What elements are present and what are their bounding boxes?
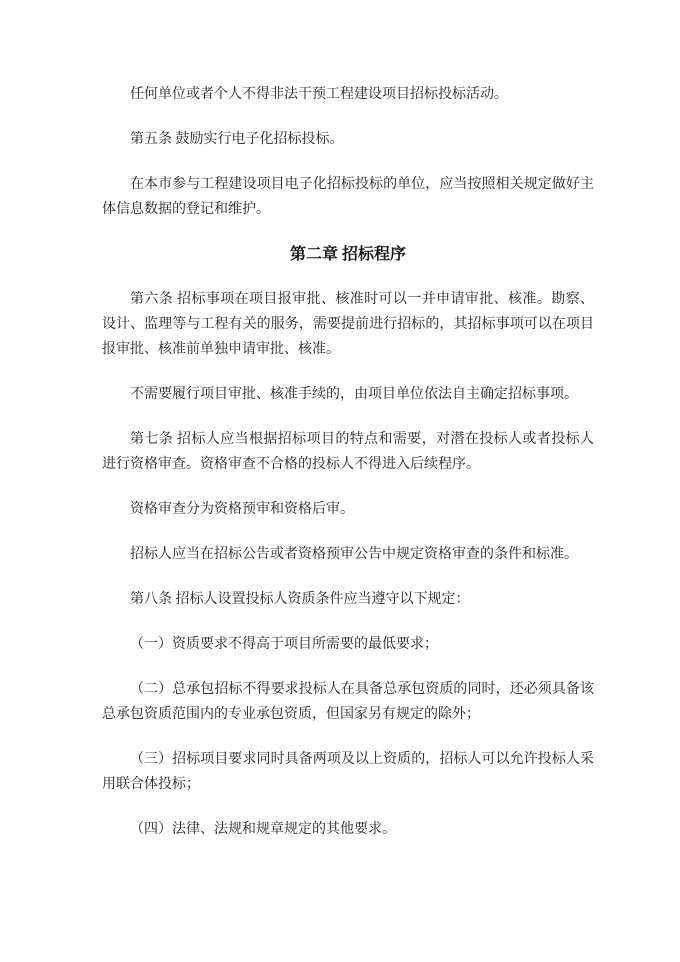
paragraph-no-interference: 任何单位或者个人不得非法干预工程建设项目招标投标活动。 bbox=[102, 82, 594, 107]
list-item-4: （四）法律、法规和规章规定的其他要求。 bbox=[102, 817, 594, 842]
paragraph-article-5-detail: 在本市参与工程建设项目电子化招标投标的单位，应当按照相关规定做好主体信息数据的登… bbox=[102, 172, 594, 222]
document-page: 任何单位或者个人不得非法干预工程建设项目招标投标活动。 第五条 鼓励实行电子化招… bbox=[0, 0, 680, 962]
paragraph-article-7-detail-2: 招标人应当在招标公告或者资格预审公告中规定资格审查的条件和标准。 bbox=[102, 542, 594, 567]
paragraph-article-6-detail: 不需要履行项目审批、核准手续的，由项目单位依法自主确定招标事项。 bbox=[102, 382, 594, 407]
document-body: 任何单位或者个人不得非法干预工程建设项目招标投标活动。 第五条 鼓励实行电子化招… bbox=[102, 82, 594, 842]
paragraph-article-6: 第六条 招标事项在项目报审批、核准时可以一并申请审批、核准。勘察、设计、监理等与… bbox=[102, 287, 594, 362]
list-item-1: （一）资质要求不得高于项目所需要的最低要求； bbox=[102, 632, 594, 657]
paragraph-article-7: 第七条 招标人应当根据招标项目的特点和需要，对潜在投标人或者投标人进行资格审查。… bbox=[102, 427, 594, 477]
chapter-heading: 第二章 招标程序 bbox=[102, 242, 594, 267]
paragraph-article-5: 第五条 鼓励实行电子化招标投标。 bbox=[102, 127, 594, 152]
list-item-3: （三）招标项目要求同时具备两项及以上资质的，招标人可以允许投标人采用联合体投标； bbox=[102, 747, 594, 797]
paragraph-article-8: 第八条 招标人设置投标人资质条件应当遵守以下规定： bbox=[102, 587, 594, 612]
list-item-2: （二）总承包招标不得要求投标人在具备总承包资质的同时，还必须具备该总承包资质范围… bbox=[102, 677, 594, 727]
paragraph-article-7-detail-1: 资格审查分为资格预审和资格后审。 bbox=[102, 497, 594, 522]
